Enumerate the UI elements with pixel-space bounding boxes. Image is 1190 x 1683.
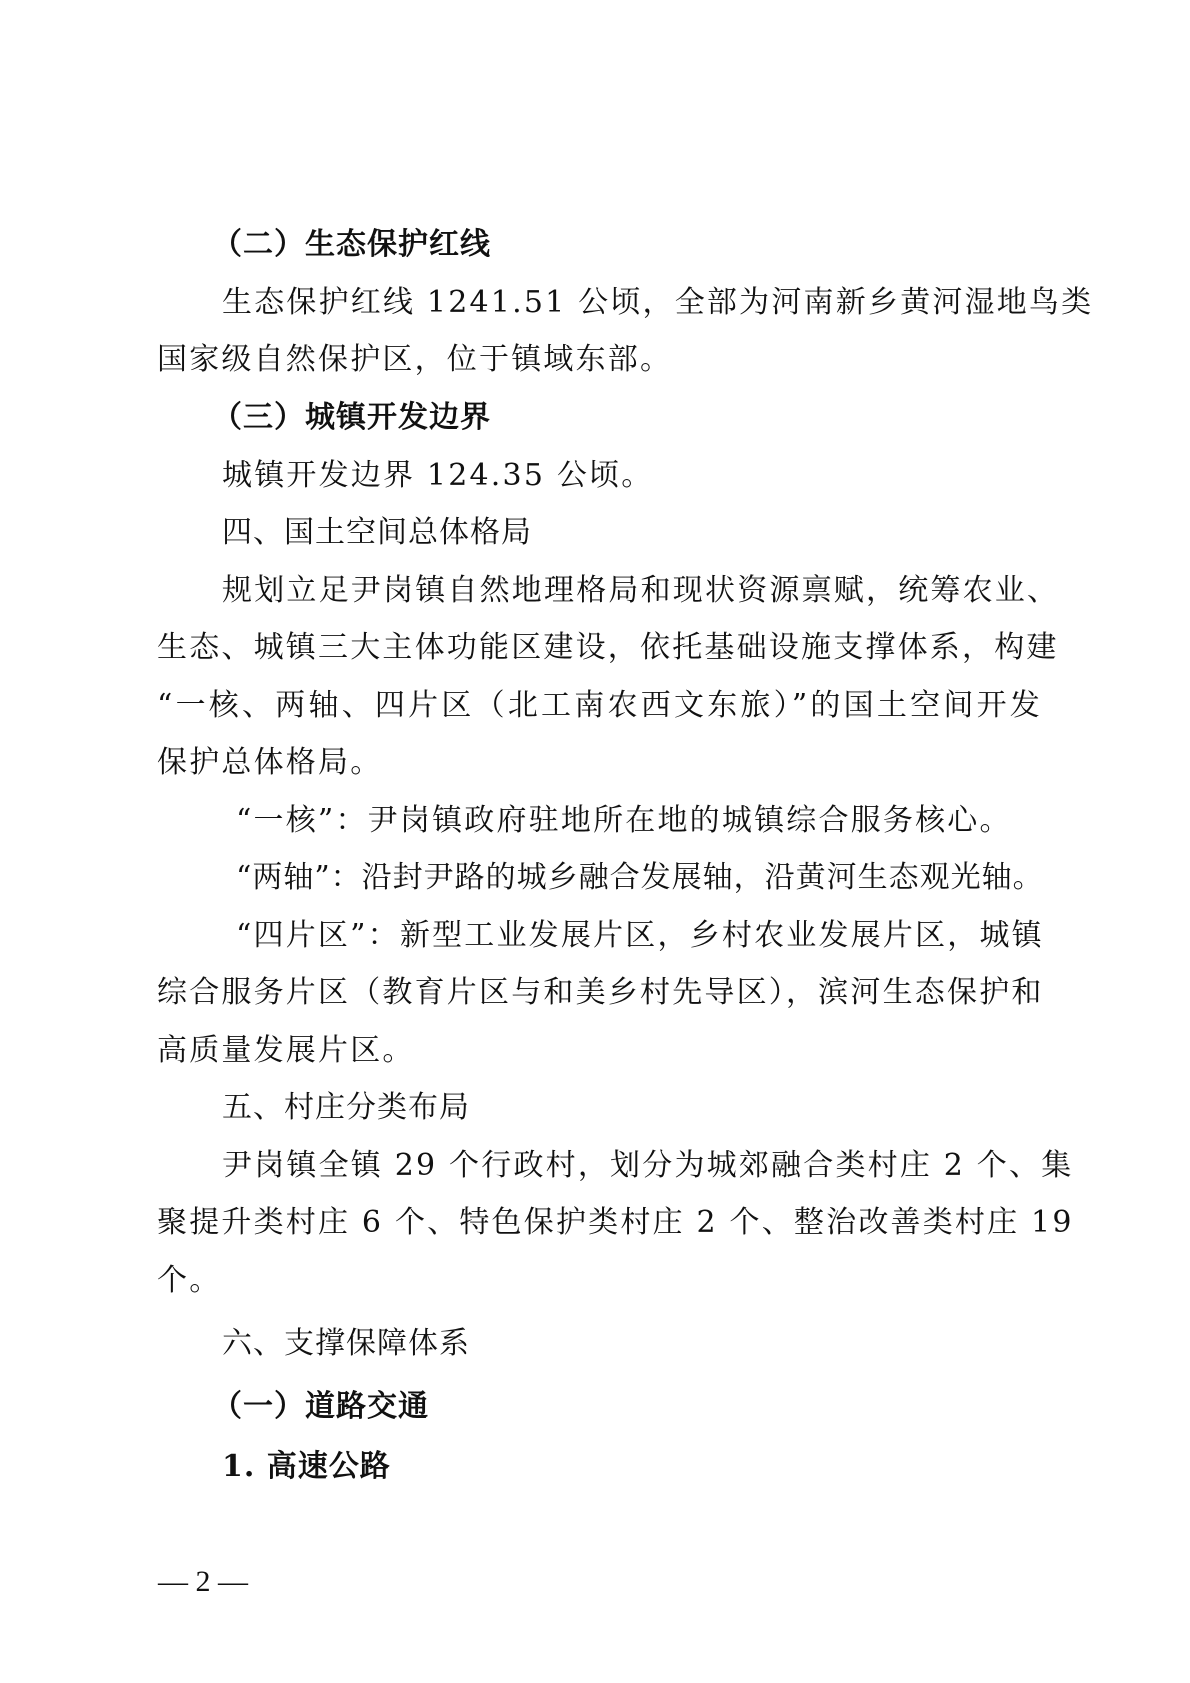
paragraph-line: 个。 — [157, 1261, 1042, 1301]
section-heading-eco-redline: （二）生态保护红线 — [212, 225, 1097, 265]
document-page: （二）生态保护红线 生态保护红线 1241.51 公顷，全部为河南新乡黄河湿地鸟… — [0, 0, 1190, 1683]
paragraph-line: 城镇开发边界 124.35 公顷。 — [222, 456, 1107, 496]
section-heading-spatial-pattern: 四、国土空间总体格局 — [222, 513, 1107, 553]
paragraph-line: “一核、两轴、四片区（北工南农西文东旅）”的国土空间开发 — [157, 686, 1042, 726]
paragraph-core: “一核”：尹岗镇政府驻地所在地的城镇综合服务核心。 — [236, 801, 1121, 841]
section-heading-urban-boundary: （三）城镇开发边界 — [212, 398, 1097, 438]
sub-heading-road-traffic: （一）道路交通 — [212, 1387, 1097, 1427]
paragraph-line: 规划立足尹岗镇自然地理格局和现状资源禀赋，统筹农业、 — [222, 571, 1040, 611]
paragraph-line: 生态保护红线 1241.51 公顷，全部为河南新乡黄河湿地鸟类 — [222, 283, 1040, 323]
paragraph-line: 生态、城镇三大主体功能区建设，依托基础设施支撑体系，构建 — [157, 628, 1042, 668]
section-heading-support-system: 六、支撑保障体系 — [222, 1324, 1107, 1364]
paragraph-line: “四片区”：新型工业发展片区，乡村农业发展片区，城镇 — [236, 916, 1042, 956]
paragraph-line: 综合服务片区（教育片区与和美乡村先导区），滨河生态保护和 — [157, 973, 1042, 1013]
paragraph-line: 高质量发展片区。 — [157, 1031, 1042, 1071]
paragraph-line: 国家级自然保护区，位于镇域东部。 — [157, 340, 1042, 380]
paragraph-line: 聚提升类村庄 6 个、特色保护类村庄 2 个、整治改善类村庄 19 — [157, 1203, 1042, 1243]
item-heading-expressway: 1. 高速公路 — [222, 1447, 1107, 1487]
page-number: — 2 — — [158, 1562, 248, 1602]
paragraph-axes: “两轴”：沿封尹路的城乡融合发展轴，沿黄河生态观光轴。 — [236, 858, 1121, 898]
paragraph-line: 保护总体格局。 — [157, 743, 1042, 783]
section-heading-village-layout: 五、村庄分类布局 — [222, 1088, 1107, 1128]
paragraph-line: 尹岗镇全镇 29 个行政村，划分为城郊融合类村庄 2 个、集 — [222, 1146, 1040, 1186]
